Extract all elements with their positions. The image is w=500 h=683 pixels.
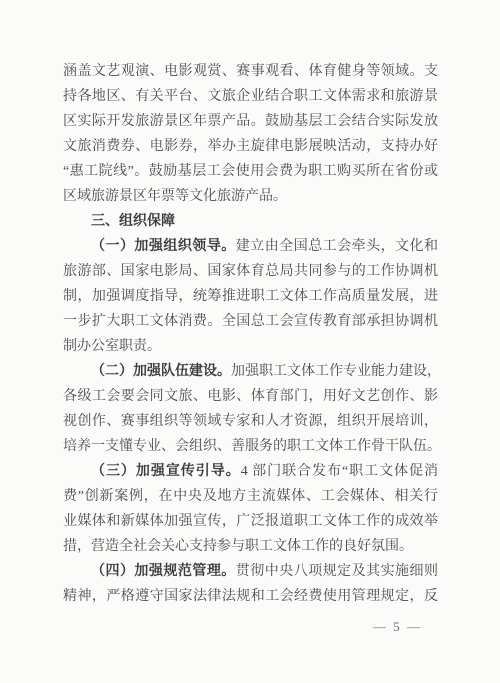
text-line: 各级工会要会同文旅、电影、体育部门，用好文艺创作、影 (63, 384, 438, 409)
line-lead-bold-text: 三、组织保障 (91, 214, 175, 229)
line-lead-bold-text: （二）加强队伍建设。 (91, 364, 231, 379)
text-line: （一）加强组织领导。建立由全国总工会牵头，文化和 (63, 234, 438, 259)
line-body-text: 精神，严格遵守国家法律法规和工会经费使用管理规定，反 (63, 589, 438, 604)
text-line: （四）加强规范管理。贯彻中央八项规定及其实施细则 (63, 559, 438, 584)
line-body-text: 区域旅游景区年票等文化旅游产品。 (63, 189, 287, 204)
line-body-text: 区实际开发旅游景区年票产品。鼓励基层工会结合实际发放 (63, 114, 438, 129)
text-line: 三、组织保障 (63, 209, 438, 234)
line-body-text: 贯彻中央八项规定及其实施细则 (236, 564, 438, 579)
text-line: 制，加强调度指导，统筹推进职工文体工作高质量发展，进 (63, 284, 438, 309)
text-line: （三）加强宣传引导。4 部门联合发布“职工文体促消 (63, 459, 438, 484)
page-number: — 5 — (373, 614, 422, 639)
line-body-text: 措，营造全社会关心支持参与职工文体工作的良好氛围。 (63, 539, 413, 554)
text-line: 视创作、赛事组织等领域专家和人才资源，组织开展培训， (63, 409, 438, 434)
line-body-text: 制，加强调度指导，统筹推进职工文体工作高质量发展，进 (63, 289, 438, 304)
line-body-text: 费”创新案例，在中央及地方主流媒体、工会媒体、相关行 (63, 489, 438, 504)
text-line: 持各地区、有关平台、文旅企业结合职工文体需求和旅游景 (63, 84, 438, 109)
text-line: 精神，严格遵守国家法律法规和工会经费使用管理规定，反 (63, 584, 438, 609)
line-body-text: 业媒体和新媒体加强宣传，广泛报道职工文体工作的成效举 (63, 514, 438, 529)
line-body-text: 一步扩大职工文体消费。全国总工会宣传教育部承担协调机 (63, 314, 438, 329)
text-line: 旅游部、国家电影局、国家体育总局共同参与的工作协调机 (63, 259, 438, 284)
line-body-text: 各级工会要会同文旅、电影、体育部门，用好文艺创作、影 (63, 389, 438, 404)
line-body-text: “惠工院线”。鼓励基层工会使用会费为职工购买所在省份或 (63, 164, 438, 179)
text-line: 区域旅游景区年票等文化旅游产品。 (63, 184, 438, 209)
line-body-text: 4 部门联合发布“职工文体促消 (241, 464, 438, 479)
text-line: 一步扩大职工文体消费。全国总工会宣传教育部承担协调机 (63, 309, 438, 334)
text-line: 措，营造全社会关心支持参与职工文体工作的良好氛围。 (63, 534, 438, 559)
text-line: （二）加强队伍建设。加强职工文体工作专业能力建设， (63, 359, 438, 384)
document-body: 涵盖文艺观演、电影观赏、赛事观看、体育健身等领域。支持各地区、有关平台、文旅企业… (63, 59, 438, 609)
line-body-text: 制办公室职责。 (63, 339, 161, 354)
line-body-text: 视创作、赛事组织等领域专家和人才资源，组织开展培训， (63, 414, 438, 429)
line-body-text: 旅游部、国家电影局、国家体育总局共同参与的工作协调机 (63, 264, 438, 279)
text-line: 文旅消费券、电影券，举办主旋律电影展映活动，支持办好 (63, 134, 438, 159)
line-body-text: 持各地区、有关平台、文旅企业结合职工文体需求和旅游景 (63, 89, 438, 104)
line-body-text: 培养一支懂专业、会组织、善服务的职工文体工作骨干队伍。 (63, 439, 441, 454)
text-line: 区实际开发旅游景区年票产品。鼓励基层工会结合实际发放 (63, 109, 438, 134)
line-body-text: 建立由全国总工会牵头，文化和 (236, 239, 438, 254)
line-body-text: 涵盖文艺观演、电影观赏、赛事观看、体育健身等领域。支 (63, 64, 438, 79)
text-line: 制办公室职责。 (63, 334, 438, 359)
line-body-text: 加强职工文体工作专业能力建设， (231, 364, 441, 379)
text-line: 业媒体和新媒体加强宣传，广泛报道职工文体工作的成效举 (63, 509, 438, 534)
line-body-text: 文旅消费券、电影券，举办主旋律电影展映活动，支持办好 (63, 139, 438, 154)
text-line: “惠工院线”。鼓励基层工会使用会费为职工购买所在省份或 (63, 159, 438, 184)
document-page: 涵盖文艺观演、电影观赏、赛事观看、体育健身等领域。支持各地区、有关平台、文旅企业… (0, 0, 500, 683)
text-line: 费”创新案例，在中央及地方主流媒体、工会媒体、相关行 (63, 484, 438, 509)
line-lead-bold-text: （四）加强规范管理。 (91, 564, 236, 579)
line-lead-bold-text: （三）加强宣传引导。 (91, 464, 241, 479)
text-line: 培养一支懂专业、会组织、善服务的职工文体工作骨干队伍。 (63, 434, 438, 459)
line-lead-bold-text: （一）加强组织领导。 (91, 239, 236, 254)
text-line: 涵盖文艺观演、电影观赏、赛事观看、体育健身等领域。支 (63, 59, 438, 84)
